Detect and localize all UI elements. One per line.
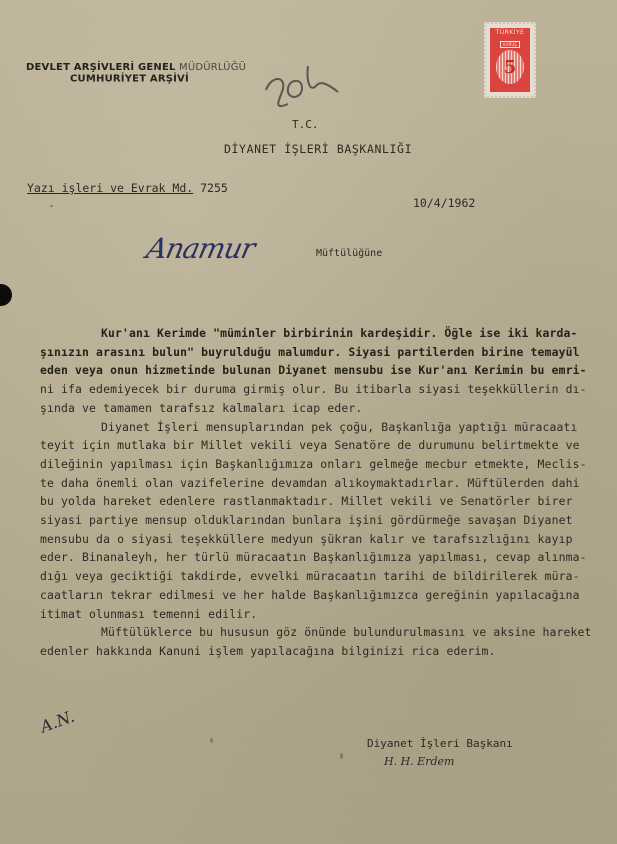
archive-stamp: DEVLET ARŞİVLERİ GENEL MÜDÜRLÜĞÜ CUMHURİ… bbox=[26, 63, 246, 86]
body-line: şında ve tamamen tarafsız kalmaları icap… bbox=[40, 399, 610, 418]
stamp-oval: 5 bbox=[496, 50, 524, 84]
office-title: DİYANET İŞLERİ BAŞKANLIĞI bbox=[224, 142, 412, 156]
addressee-typed: Müftülüğüne bbox=[316, 248, 382, 259]
body-line: Diyanet İşleri mensuplarından pek çoğu, … bbox=[40, 418, 610, 437]
body-line: caatların tekrar edilmesi ve her halde B… bbox=[40, 586, 610, 605]
paper-speck bbox=[50, 205, 53, 207]
stamp-denomination-label: KURUŞ bbox=[500, 41, 520, 48]
reference-line: Yazı işleri ve Evrak Md. 7255 bbox=[27, 181, 228, 195]
body-line: bu yolda hareket edenlere rastlanmaktadı… bbox=[40, 492, 610, 511]
body-line: eden veya onun hizmetinde bulunan Diyane… bbox=[40, 361, 610, 380]
body-line: itimat olunması temenni edilir. bbox=[40, 605, 610, 624]
archive-stamp-line1-faded: MÜDÜRLÜĞÜ bbox=[176, 63, 247, 73]
paper-speck bbox=[340, 753, 343, 759]
stamp-value: 5 bbox=[504, 57, 517, 78]
paper-speck bbox=[210, 738, 213, 743]
archive-stamp-line2: CUMHURİYET ARŞİVİ bbox=[26, 74, 246, 85]
handwritten-addressee: Anamur bbox=[143, 232, 257, 265]
department-name: Yazı işleri ve Evrak Md. bbox=[27, 181, 193, 195]
body-line: mensubu da o siyasi teşekküllere medyun … bbox=[40, 530, 610, 549]
handwritten-number-204 bbox=[258, 62, 358, 122]
body-line: teyit için mutlaka bir Millet vekili vey… bbox=[40, 436, 610, 455]
reference-number: 7255 bbox=[200, 181, 228, 195]
body-line: siyasi partiye mensup olduklarından bunl… bbox=[40, 511, 610, 530]
body-line: te daha önemli olan vazifelerine devamda… bbox=[40, 474, 610, 493]
letter-body: Kur'anı Kerimde "müminler birbirinin kar… bbox=[40, 324, 610, 661]
body-line: eder. Binanaleyh, her türlü müracaatın B… bbox=[40, 548, 610, 567]
paper-speck bbox=[467, 478, 471, 482]
body-line: edenler hakkında Kanuni işlem yapılacağı… bbox=[40, 642, 610, 661]
stamp-country: TÜRKİYE bbox=[496, 29, 525, 36]
body-line: Kur'anı Kerimde "müminler birbirinin kar… bbox=[40, 324, 610, 343]
archive-stamp-line1: DEVLET ARŞİVLERİ GENEL bbox=[26, 63, 176, 73]
body-line: dileğinin yapılması için Başkanlığımıza … bbox=[40, 455, 610, 474]
body-line: ni ifa edemiyecek bir duruma girmiş olur… bbox=[40, 380, 610, 399]
document-date: 10/4/1962 bbox=[413, 196, 475, 210]
postage-stamp: TÜRKİYE KURUŞ 5 bbox=[484, 22, 536, 98]
signer-title: Diyanet İşleri Başkanı bbox=[367, 737, 513, 750]
body-line: şınızın arasını bulun" buyrulduğu malumd… bbox=[40, 343, 610, 362]
signature: H. H. Erdem bbox=[384, 755, 454, 768]
body-line: dığı veya geciktiği takdirde, evvelki mü… bbox=[40, 567, 610, 586]
country-abbreviation: T.C. bbox=[292, 118, 319, 131]
body-line: Müftülüklerce bu hususun göz önünde bulu… bbox=[40, 623, 610, 642]
